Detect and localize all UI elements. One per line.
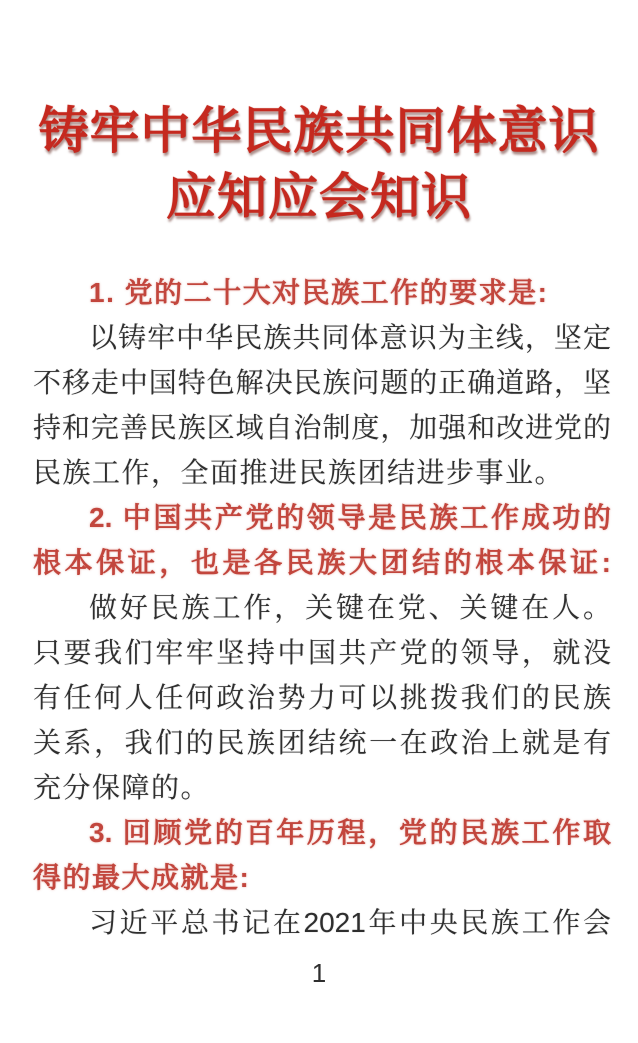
section-1: 1. 党的二十大对民族工作的要求是: 以铸牢中华民族共同体意识为主线，坚定 不移… [33, 270, 611, 495]
section-2-body-line: 只要我们牢牢坚持中国共产党的领导，就没 [33, 630, 611, 675]
section-2-heading-line: 2. 中国共产党的领导是民族工作成功的 [33, 495, 611, 540]
section-2-body-line: 关系，我们的民族团结统一在政治上就是有 [33, 720, 611, 765]
page-number: 1 [0, 955, 638, 991]
section-2-heading-line: 根本保证，也是各民族大团结的根本保证: [33, 540, 611, 585]
document-title: 铸牢中华民族共同体意识 应知应会知识 [0, 0, 638, 230]
section-3-heading-line: 得的最大成就是: [33, 855, 611, 900]
title-line-1: 铸牢中华民族共同体意识 [0, 98, 638, 164]
section-1-heading: 1. 党的二十大对民族工作的要求是: [33, 270, 611, 315]
section-2-body-line: 做好民族工作，关键在党、关键在人。 [33, 585, 611, 630]
section-1-body-line: 以铸牢中华民族共同体意识为主线，坚定 [33, 315, 611, 360]
section-2-body-line: 充分保障的。 [33, 765, 611, 810]
section-2: 2. 中国共产党的领导是民族工作成功的 根本保证，也是各民族大团结的根本保证: … [33, 495, 611, 810]
document-body: 1. 党的二十大对民族工作的要求是: 以铸牢中华民族共同体意识为主线，坚定 不移… [33, 270, 611, 945]
section-2-body-line: 有任何人任何政治势力可以挑拨我们的民族 [33, 675, 611, 720]
section-3-heading-line: 3. 回顾党的百年历程，党的民族工作取 [33, 810, 611, 855]
title-line-2: 应知应会知识 [0, 164, 638, 230]
section-3-body-line: 习近平总书记在2021年中央民族工作会 [33, 900, 611, 945]
section-3: 3. 回顾党的百年历程，党的民族工作取 得的最大成就是: 习近平总书记在2021… [33, 810, 611, 945]
section-1-body-line: 持和完善民族区域自治制度，加强和改进党的 [33, 405, 611, 450]
section-1-body-line: 民族工作，全面推进民族团结进步事业。 [33, 450, 611, 495]
section-1-body-line: 不移走中国特色解决民族问题的正确道路，坚 [33, 360, 611, 405]
scanned-document-page: 铸牢中华民族共同体意识 应知应会知识 1. 党的二十大对民族工作的要求是: 以铸… [0, 0, 638, 1043]
